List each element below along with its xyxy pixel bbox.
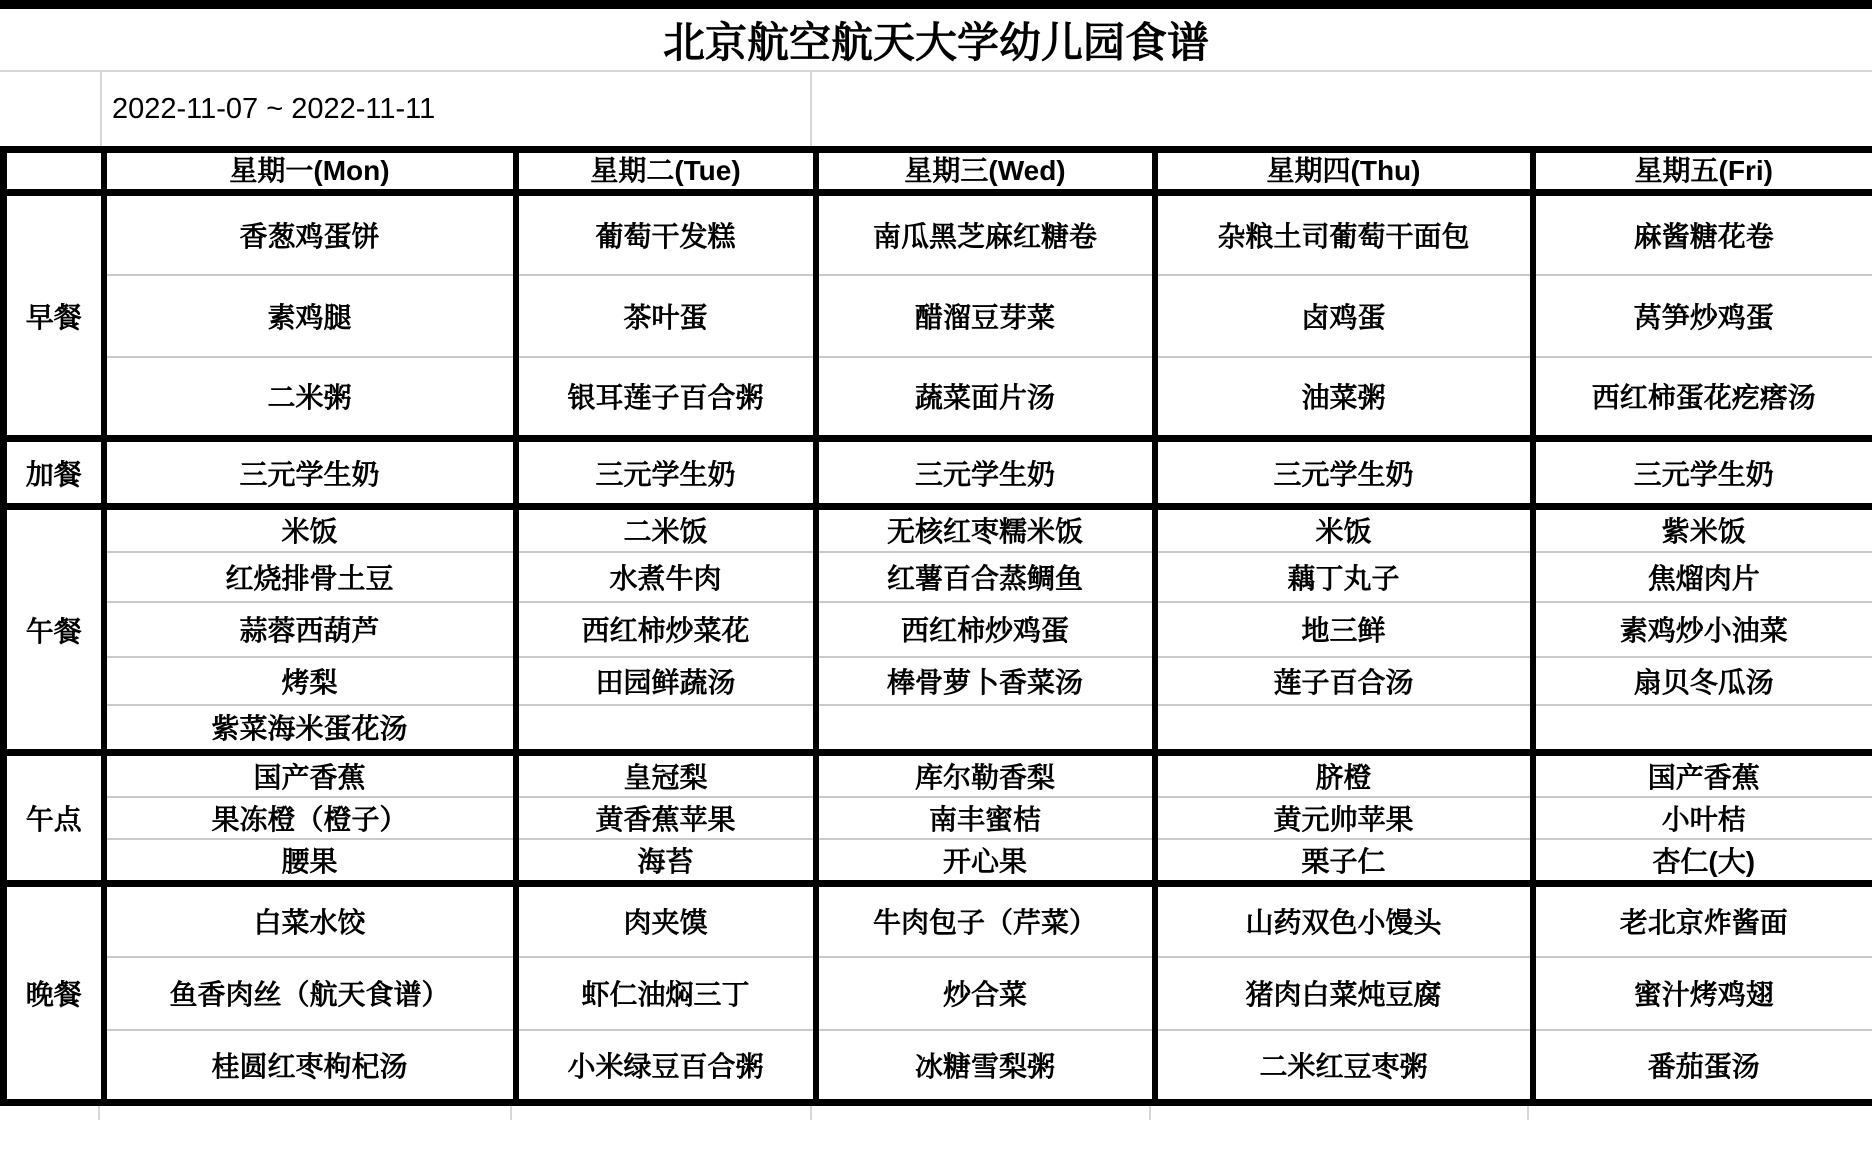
day-header-tue: 星期二(Tue) <box>516 150 816 193</box>
menu-cell: 黄香蕉苹果 <box>516 797 816 839</box>
menu-cell: 银耳莲子百合粥 <box>516 357 816 439</box>
date-range-cell: 2022-11-07 ~ 2022-11-11 <box>100 72 812 146</box>
table-row: 鱼香肉丝（航天食谱） 虾仁油焖三丁 炒合菜 猪肉白菜炖豆腐 蜜汁烤鸡翅 <box>4 957 1872 1030</box>
menu-cell <box>816 705 1155 753</box>
table-row: 晚餐 白菜水饺 肉夹馍 牛肉包子（芹菜） 山药双色小馒头 老北京炸酱面 <box>4 884 1872 957</box>
menu-cell: 扇贝冬瓜汤 <box>1533 657 1872 705</box>
day-header-thu: 星期四(Thu) <box>1155 150 1533 193</box>
title-row: 北京航空航天大学幼儿园食谱 <box>0 9 1872 72</box>
menu-cell: 南丰蜜桔 <box>816 797 1155 839</box>
menu-cell: 山药双色小馒头 <box>1155 884 1533 957</box>
menu-cell: 库尔勒香梨 <box>816 753 1155 798</box>
menu-cell: 脐橙 <box>1155 753 1533 798</box>
menu-cell <box>1155 705 1533 753</box>
menu-table: 星期一(Mon) 星期二(Tue) 星期三(Wed) 星期四(Thu) 星期五(… <box>0 146 1872 1106</box>
menu-cell: 皇冠梨 <box>516 753 816 798</box>
menu-cell: 棒骨萝卜香菜汤 <box>816 657 1155 705</box>
menu-cell: 肉夹馍 <box>516 884 816 957</box>
menu-cell: 焦熘肉片 <box>1533 552 1872 602</box>
menu-cell: 小米绿豆百合粥 <box>516 1030 816 1103</box>
menu-cell: 莲子百合汤 <box>1155 657 1533 705</box>
menu-cell: 桂圆红枣枸杞汤 <box>104 1030 516 1103</box>
menu-cell <box>516 705 816 753</box>
corner-cell <box>4 150 104 193</box>
day-header-fri: 星期五(Fri) <box>1533 150 1872 193</box>
table-row: 腰果 海苔 开心果 栗子仁 杏仁(大) <box>4 839 1872 884</box>
top-border-bar <box>0 0 1872 9</box>
kindergarten-menu-sheet: 北京航空航天大学幼儿园食谱 2022-11-07 ~ 2022-11-11 星期… <box>0 0 1872 1154</box>
menu-cell: 地三鲜 <box>1155 602 1533 657</box>
menu-cell: 红烧排骨土豆 <box>104 552 516 602</box>
date-range: 2022-11-07 ~ 2022-11-11 <box>112 93 435 126</box>
table-row: 桂圆红枣枸杞汤 小米绿豆百合粥 冰糖雪梨粥 二米红豆枣粥 番茄蛋汤 <box>4 1030 1872 1103</box>
section-label-lunch: 午餐 <box>4 507 104 753</box>
menu-cell: 小叶桔 <box>1533 797 1872 839</box>
menu-cell: 素鸡炒小油菜 <box>1533 602 1872 657</box>
menu-cell: 三元学生奶 <box>516 439 816 507</box>
bottom-partial-row <box>0 1106 1872 1120</box>
day-header-mon: 星期一(Mon) <box>104 150 516 193</box>
menu-cell: 西红柿炒菜花 <box>516 602 816 657</box>
menu-cell: 蒜蓉西葫芦 <box>104 602 516 657</box>
menu-cell: 蔬菜面片汤 <box>816 357 1155 439</box>
menu-cell: 杏仁(大) <box>1533 839 1872 884</box>
table-row: 加餐 三元学生奶 三元学生奶 三元学生奶 三元学生奶 三元学生奶 <box>4 439 1872 507</box>
menu-cell: 国产香蕉 <box>1533 753 1872 798</box>
menu-cell: 米饭 <box>1155 507 1533 552</box>
menu-cell: 炒合菜 <box>816 957 1155 1030</box>
menu-cell: 虾仁油焖三丁 <box>516 957 816 1030</box>
menu-cell: 藕丁丸子 <box>1155 552 1533 602</box>
menu-cell: 番茄蛋汤 <box>1533 1030 1872 1103</box>
table-row: 素鸡腿 茶叶蛋 醋溜豆芽菜 卤鸡蛋 莴笋炒鸡蛋 <box>4 275 1872 357</box>
menu-cell: 无核红枣糯米饭 <box>816 507 1155 552</box>
menu-cell: 水煮牛肉 <box>516 552 816 602</box>
table-row: 二米粥 银耳莲子百合粥 蔬菜面片汤 油菜粥 西红柿蛋花疙瘩汤 <box>4 357 1872 439</box>
table-row: 早餐 香葱鸡蛋饼 葡萄干发糕 南瓜黑芝麻红糖卷 杂粮土司葡萄干面包 麻酱糖花卷 <box>4 193 1872 275</box>
menu-cell: 卤鸡蛋 <box>1155 275 1533 357</box>
menu-cell: 紫米饭 <box>1533 507 1872 552</box>
section-label-morning-snack: 加餐 <box>4 439 104 507</box>
menu-cell: 腰果 <box>104 839 516 884</box>
section-label-breakfast: 早餐 <box>4 193 104 439</box>
menu-cell: 烤梨 <box>104 657 516 705</box>
table-row: 午点 国产香蕉 皇冠梨 库尔勒香梨 脐橙 国产香蕉 <box>4 753 1872 798</box>
menu-cell: 杂粮土司葡萄干面包 <box>1155 193 1533 275</box>
menu-cell: 南瓜黑芝麻红糖卷 <box>816 193 1155 275</box>
menu-cell: 油菜粥 <box>1155 357 1533 439</box>
menu-cell: 冰糖雪梨粥 <box>816 1030 1155 1103</box>
table-row: 果冻橙（橙子） 黄香蕉苹果 南丰蜜桔 黄元帅苹果 小叶桔 <box>4 797 1872 839</box>
date-row: 2022-11-07 ~ 2022-11-11 <box>0 72 1872 146</box>
menu-cell: 老北京炸酱面 <box>1533 884 1872 957</box>
menu-cell: 栗子仁 <box>1155 839 1533 884</box>
day-header-row: 星期一(Mon) 星期二(Tue) 星期三(Wed) 星期四(Thu) 星期五(… <box>4 150 1872 193</box>
section-label-dinner: 晚餐 <box>4 884 104 1103</box>
menu-cell: 莴笋炒鸡蛋 <box>1533 275 1872 357</box>
menu-cell: 果冻橙（橙子） <box>104 797 516 839</box>
menu-cell: 麻酱糖花卷 <box>1533 193 1872 275</box>
section-label-afternoon-snack: 午点 <box>4 753 104 884</box>
menu-cell: 茶叶蛋 <box>516 275 816 357</box>
menu-cell: 西红柿蛋花疙瘩汤 <box>1533 357 1872 439</box>
menu-cell: 蜜汁烤鸡翅 <box>1533 957 1872 1030</box>
menu-cell: 醋溜豆芽菜 <box>816 275 1155 357</box>
menu-cell: 二米粥 <box>104 357 516 439</box>
menu-cell: 海苔 <box>516 839 816 884</box>
menu-cell: 三元学生奶 <box>1155 439 1533 507</box>
menu-cell: 开心果 <box>816 839 1155 884</box>
menu-cell: 三元学生奶 <box>104 439 516 507</box>
menu-cell: 二米红豆枣粥 <box>1155 1030 1533 1103</box>
menu-cell: 红薯百合蒸鲷鱼 <box>816 552 1155 602</box>
menu-cell: 田园鲜蔬汤 <box>516 657 816 705</box>
menu-cell: 三元学生奶 <box>1533 439 1872 507</box>
menu-cell: 葡萄干发糕 <box>516 193 816 275</box>
menu-cell <box>1533 705 1872 753</box>
menu-cell: 米饭 <box>104 507 516 552</box>
menu-cell: 白菜水饺 <box>104 884 516 957</box>
menu-cell: 鱼香肉丝（航天食谱） <box>104 957 516 1030</box>
table-row: 午餐 米饭 二米饭 无核红枣糯米饭 米饭 紫米饭 <box>4 507 1872 552</box>
menu-cell: 紫菜海米蛋花汤 <box>104 705 516 753</box>
table-row: 蒜蓉西葫芦 西红柿炒菜花 西红柿炒鸡蛋 地三鲜 素鸡炒小油菜 <box>4 602 1872 657</box>
menu-cell: 黄元帅苹果 <box>1155 797 1533 839</box>
menu-cell: 香葱鸡蛋饼 <box>104 193 516 275</box>
table-row: 烤梨 田园鲜蔬汤 棒骨萝卜香菜汤 莲子百合汤 扇贝冬瓜汤 <box>4 657 1872 705</box>
table-row: 红烧排骨土豆 水煮牛肉 红薯百合蒸鲷鱼 藕丁丸子 焦熘肉片 <box>4 552 1872 602</box>
menu-cell: 二米饭 <box>516 507 816 552</box>
day-header-wed: 星期三(Wed) <box>816 150 1155 193</box>
menu-cell: 素鸡腿 <box>104 275 516 357</box>
menu-cell: 三元学生奶 <box>816 439 1155 507</box>
table-row: 紫菜海米蛋花汤 <box>4 705 1872 753</box>
menu-cell: 猪肉白菜炖豆腐 <box>1155 957 1533 1030</box>
page-title: 北京航空航天大学幼儿园食谱 <box>663 10 1209 70</box>
menu-cell: 西红柿炒鸡蛋 <box>816 602 1155 657</box>
menu-cell: 牛肉包子（芹菜） <box>816 884 1155 957</box>
menu-cell: 国产香蕉 <box>104 753 516 798</box>
